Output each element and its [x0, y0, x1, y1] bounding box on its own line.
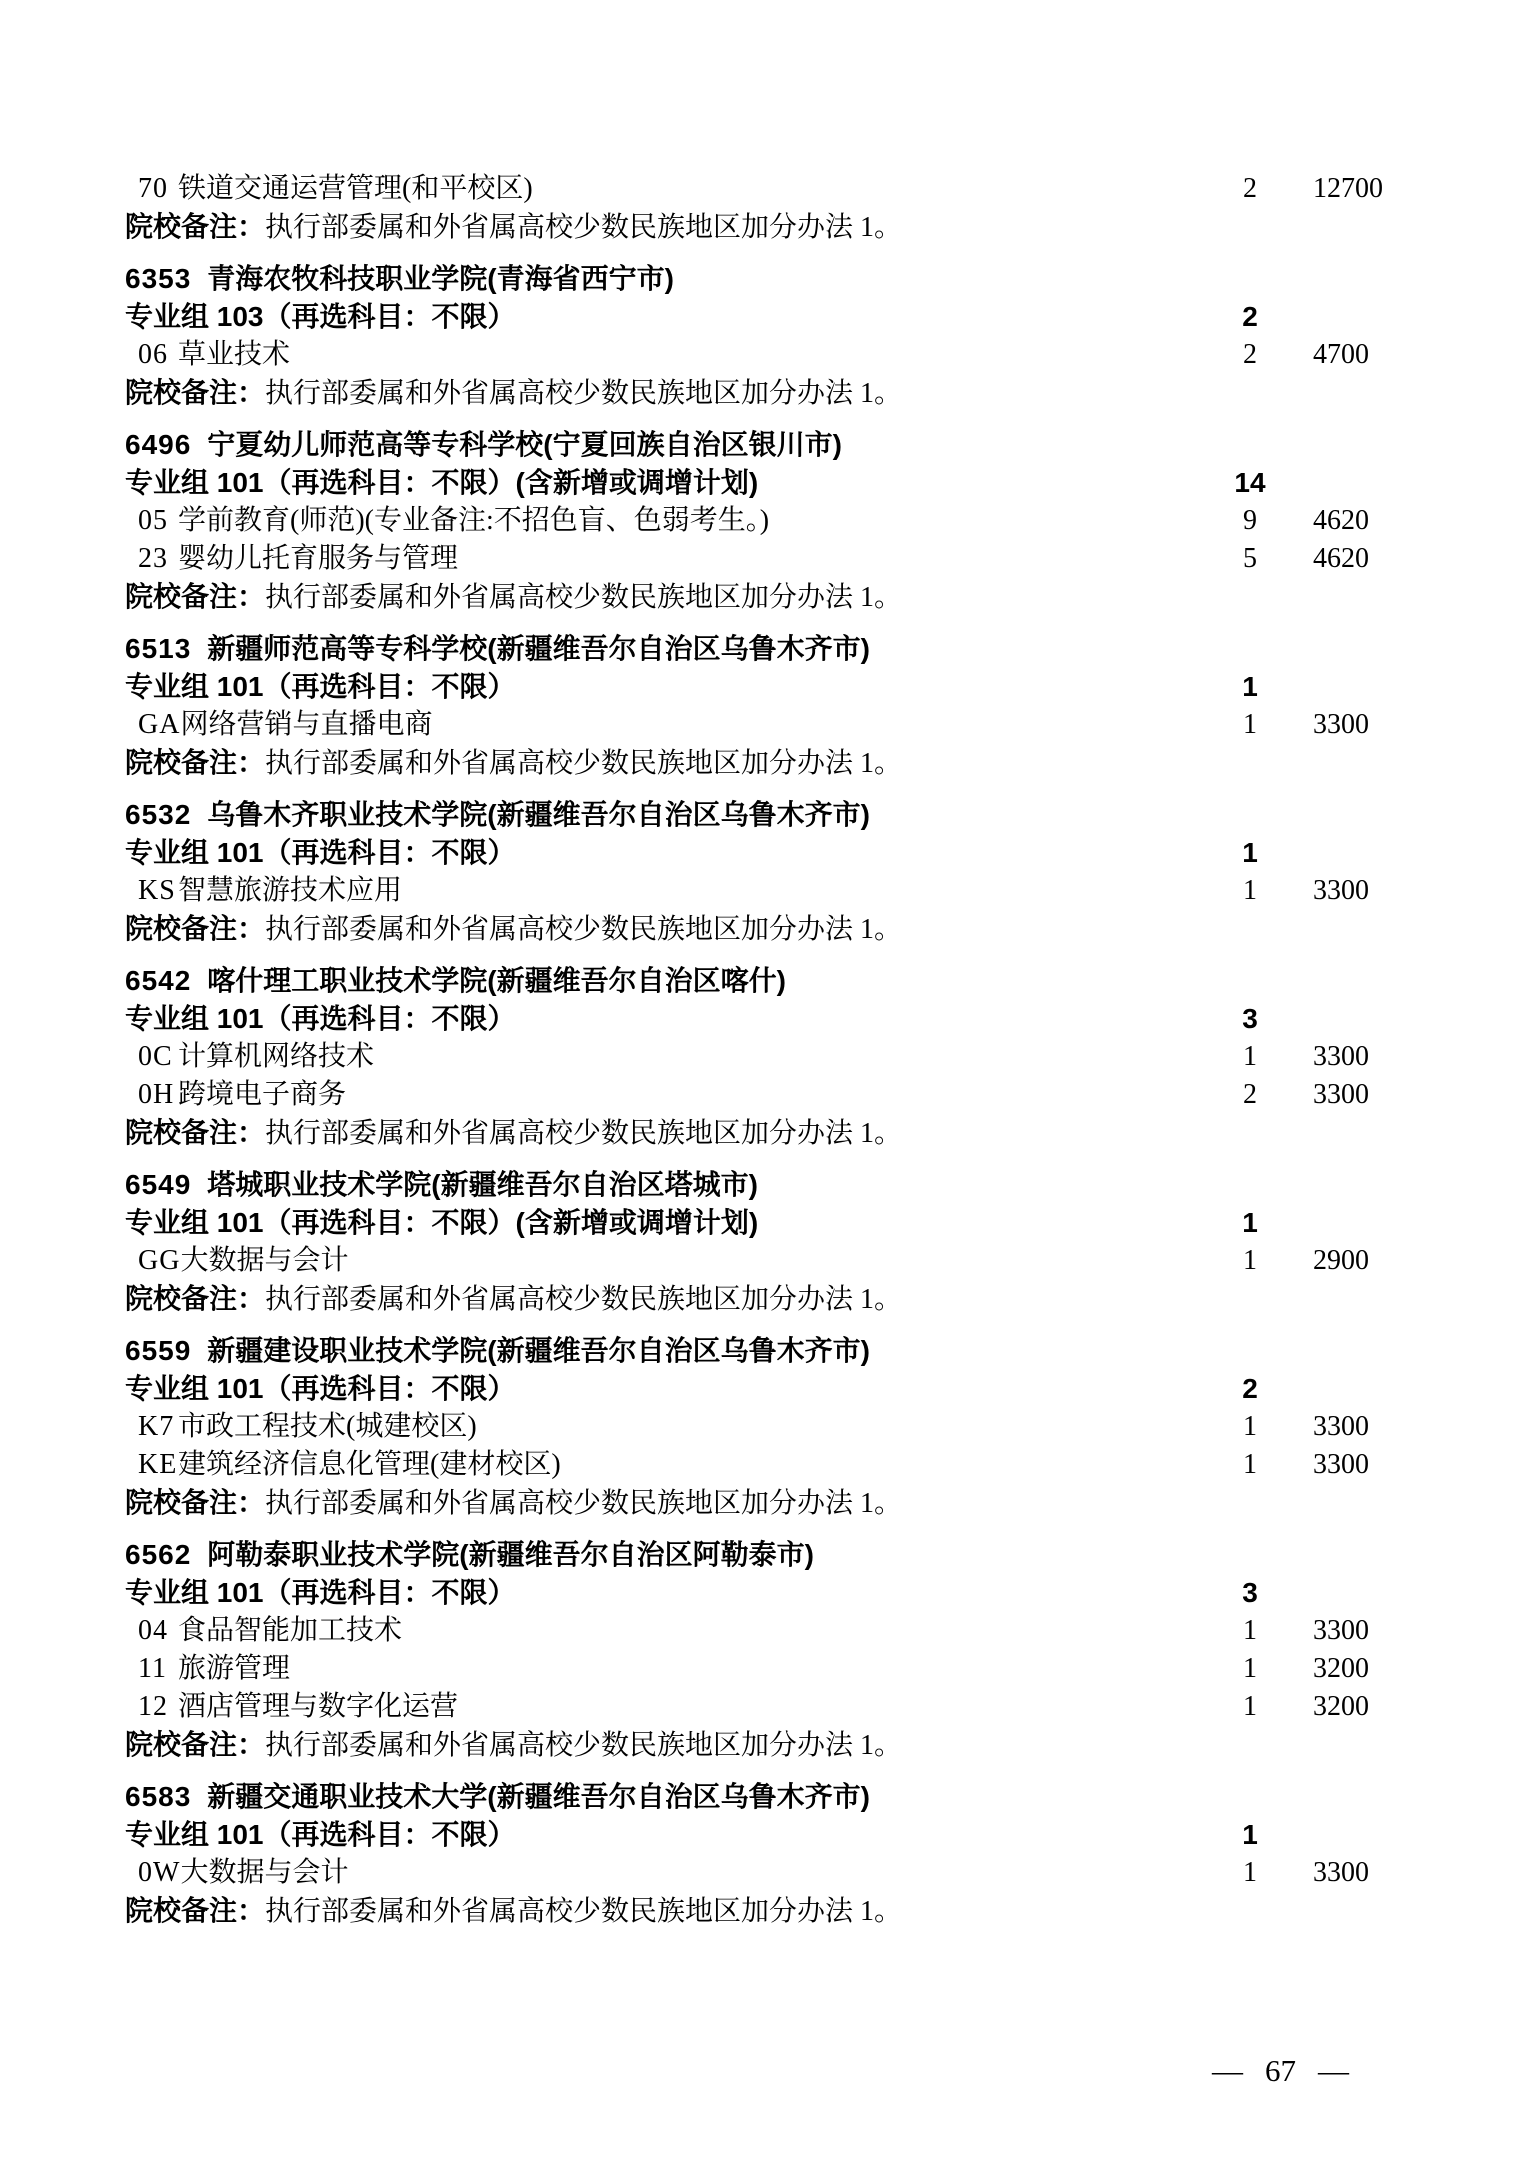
course-count: 2 [1205, 336, 1295, 374]
course-name: 草业技术 [178, 339, 290, 370]
course-fee: 4620 [1313, 502, 1369, 540]
remark-row: 院校备注：执行部委属和外省属高校少数民族地区加分办法 1。 [0, 208, 1517, 246]
course-name: 市政工程技术(城建校区) [178, 1411, 477, 1442]
remark-text: 执行部委属和外省属高校少数民族地区加分办法 1。 [265, 748, 902, 779]
group-label: 专业组 101（再选科目：不限） [125, 1003, 516, 1034]
course-list: 70铁道交通运营管理(和平校区)212700 [0, 170, 1517, 208]
school-code: 6353 [125, 263, 191, 294]
remark-text: 执行部委属和外省属高校少数民族地区加分办法 1。 [265, 914, 902, 945]
course-name: 学前教育(师范)(专业备注:不招色盲、色弱考生。) [178, 505, 769, 536]
footer-page-number: 67 [1265, 2053, 1296, 2089]
course-name: 网络营销与直播电商 [180, 709, 432, 740]
course-code: 05 [138, 502, 178, 540]
group-row: 专业组 101（再选科目：不限）(含新增或调增计划)1 [0, 1204, 1517, 1242]
remark-label: 院校备注： [125, 581, 265, 612]
school-code: 6549 [125, 1169, 191, 1200]
course-list: 04食品智能加工技术13300 11旅游管理13200 12酒店管理与数字化运营… [0, 1612, 1517, 1726]
course-row: 0H跨境电子商务23300 [0, 1076, 1517, 1114]
footer-dash-left: — [1212, 2053, 1243, 2089]
school-section: 6542喀什理工职业技术学院(新疆维吾尔自治区喀什) 专业组 101（再选科目：… [0, 962, 1517, 1152]
remark-label: 院校备注： [125, 747, 265, 778]
course-list: KS智慧旅游技术应用13300 [0, 872, 1517, 910]
group-row: 专业组 101（再选科目：不限）2 [0, 1370, 1517, 1408]
course-fee: 3300 [1313, 1076, 1369, 1114]
group-label: 专业组 101（再选科目：不限）(含新增或调增计划) [125, 467, 758, 498]
course-fee: 3200 [1313, 1650, 1369, 1688]
course-code: KS [138, 872, 178, 910]
course-row: 12酒店管理与数字化运营13200 [0, 1688, 1517, 1726]
remark-text: 执行部委属和外省属高校少数民族地区加分办法 1。 [265, 1284, 902, 1315]
course-count: 5 [1205, 540, 1295, 578]
course-fee: 3300 [1313, 1408, 1369, 1446]
course-row: GG大数据与会计12900 [0, 1242, 1517, 1280]
school-name: 青海农牧科技职业学院(青海省西宁市) [207, 263, 674, 294]
course-fee: 12700 [1313, 170, 1383, 208]
school-code: 6542 [125, 965, 191, 996]
course-code: 04 [138, 1612, 178, 1650]
page-footer: — 67 — [1212, 2053, 1349, 2089]
course-name: 跨境电子商务 [178, 1079, 346, 1110]
school-name: 阿勒泰职业技术学院(新疆维吾尔自治区阿勒泰市) [207, 1539, 814, 1570]
course-fee: 3300 [1313, 1038, 1369, 1076]
group-row: 专业组 101（再选科目：不限）1 [0, 834, 1517, 872]
remark-row: 院校备注：执行部委属和外省属高校少数民族地区加分办法 1。 [0, 1280, 1517, 1318]
remark-row: 院校备注：执行部委属和外省属高校少数民族地区加分办法 1。 [0, 1726, 1517, 1764]
course-row: 0W大数据与会计13300 [0, 1854, 1517, 1892]
course-count: 1 [1205, 1408, 1295, 1446]
course-name: 旅游管理 [178, 1653, 290, 1684]
course-name: 大数据与会计 [180, 1245, 348, 1276]
course-code: 0W [138, 1854, 180, 1892]
course-code: 70 [138, 170, 178, 208]
course-count: 2 [1205, 1076, 1295, 1114]
group-count: 3 [1205, 1574, 1295, 1612]
course-count: 1 [1205, 1854, 1295, 1892]
group-count: 14 [1205, 464, 1295, 502]
school-name: 乌鲁木齐职业技术学院(新疆维吾尔自治区乌鲁木齐市) [207, 799, 870, 830]
group-label: 专业组 103（再选科目：不限） [125, 301, 516, 332]
remark-label: 院校备注： [125, 1117, 265, 1148]
course-fee: 4700 [1313, 336, 1369, 374]
school-code: 6559 [125, 1335, 191, 1366]
group-label: 专业组 101（再选科目：不限） [125, 1577, 516, 1608]
remark-label: 院校备注： [125, 1487, 265, 1518]
school-section: 70铁道交通运营管理(和平校区)212700 院校备注：执行部委属和外省属高校少… [0, 170, 1517, 246]
remark-text: 执行部委属和外省属高校少数民族地区加分办法 1。 [265, 212, 902, 243]
school-header: 6562阿勒泰职业技术学院(新疆维吾尔自治区阿勒泰市) [0, 1536, 1517, 1574]
remark-row: 院校备注：执行部委属和外省属高校少数民族地区加分办法 1。 [0, 1484, 1517, 1522]
document-body: 70铁道交通运营管理(和平校区)212700 院校备注：执行部委属和外省属高校少… [0, 170, 1517, 1930]
school-name: 喀什理工职业技术学院(新疆维吾尔自治区喀什) [207, 965, 786, 996]
course-code: 12 [138, 1688, 178, 1726]
course-code: GA [138, 706, 180, 744]
course-name: 食品智能加工技术 [178, 1615, 402, 1646]
group-label: 专业组 101（再选科目：不限） [125, 671, 516, 702]
remark-row: 院校备注：执行部委属和外省属高校少数民族地区加分办法 1。 [0, 374, 1517, 412]
school-code: 6513 [125, 633, 191, 664]
remark-label: 院校备注： [125, 211, 265, 242]
school-header: 6559新疆建设职业技术学院(新疆维吾尔自治区乌鲁木齐市) [0, 1332, 1517, 1370]
remark-row: 院校备注：执行部委属和外省属高校少数民族地区加分办法 1。 [0, 578, 1517, 616]
school-name: 宁夏幼儿师范高等专科学校(宁夏回族自治区银川市) [207, 429, 842, 460]
course-count: 1 [1205, 706, 1295, 744]
group-row: 专业组 101（再选科目：不限）3 [0, 1000, 1517, 1038]
school-section: 6583新疆交通职业技术大学(新疆维吾尔自治区乌鲁木齐市) 专业组 101（再选… [0, 1778, 1517, 1930]
course-fee: 3300 [1313, 1854, 1369, 1892]
school-name: 新疆建设职业技术学院(新疆维吾尔自治区乌鲁木齐市) [207, 1335, 870, 1366]
footer-dash-right: — [1318, 2053, 1349, 2089]
course-count: 1 [1205, 1242, 1295, 1280]
group-label: 专业组 101（再选科目：不限） [125, 1819, 516, 1850]
group-row: 专业组 103（再选科目：不限）2 [0, 298, 1517, 336]
course-count: 9 [1205, 502, 1295, 540]
course-code: KE [138, 1446, 178, 1484]
school-code: 6532 [125, 799, 191, 830]
remark-row: 院校备注：执行部委属和外省属高校少数民族地区加分办法 1。 [0, 910, 1517, 948]
group-row: 专业组 101（再选科目：不限）1 [0, 668, 1517, 706]
course-list: 0W大数据与会计13300 [0, 1854, 1517, 1892]
course-name: 大数据与会计 [180, 1857, 348, 1888]
school-header: 6353青海农牧科技职业学院(青海省西宁市) [0, 260, 1517, 298]
course-list: GA网络营销与直播电商13300 [0, 706, 1517, 744]
course-name: 计算机网络技术 [178, 1041, 374, 1072]
page: 70铁道交通运营管理(和平校区)212700 院校备注：执行部委属和外省属高校少… [0, 0, 1517, 2172]
course-code: 11 [138, 1650, 178, 1688]
course-count: 1 [1205, 1688, 1295, 1726]
school-header: 6513新疆师范高等专科学校(新疆维吾尔自治区乌鲁木齐市) [0, 630, 1517, 668]
course-count: 1 [1205, 1612, 1295, 1650]
school-code: 6562 [125, 1539, 191, 1570]
group-row: 专业组 101（再选科目：不限）(含新增或调增计划)14 [0, 464, 1517, 502]
course-count: 1 [1205, 1038, 1295, 1076]
school-name: 新疆交通职业技术大学(新疆维吾尔自治区乌鲁木齐市) [207, 1781, 870, 1812]
school-section: 6532乌鲁木齐职业技术学院(新疆维吾尔自治区乌鲁木齐市) 专业组 101（再选… [0, 796, 1517, 948]
school-section: 6559新疆建设职业技术学院(新疆维吾尔自治区乌鲁木齐市) 专业组 101（再选… [0, 1332, 1517, 1522]
course-code: 0C [138, 1038, 178, 1076]
course-fee: 4620 [1313, 540, 1369, 578]
group-count: 1 [1205, 668, 1295, 706]
course-count: 1 [1205, 1650, 1295, 1688]
remark-label: 院校备注： [125, 377, 265, 408]
school-header: 6532乌鲁木齐职业技术学院(新疆维吾尔自治区乌鲁木齐市) [0, 796, 1517, 834]
group-label: 专业组 101（再选科目：不限） [125, 1373, 516, 1404]
course-list: K7市政工程技术(城建校区)13300 KE建筑经济信息化管理(建材校区)133… [0, 1408, 1517, 1484]
school-name: 塔城职业技术学院(新疆维吾尔自治区塔城市) [207, 1169, 758, 1200]
course-fee: 3300 [1313, 872, 1369, 910]
school-section: 6513新疆师范高等专科学校(新疆维吾尔自治区乌鲁木齐市) 专业组 101（再选… [0, 630, 1517, 782]
course-name: 智慧旅游技术应用 [178, 875, 402, 906]
remark-text: 执行部委属和外省属高校少数民族地区加分办法 1。 [265, 1118, 902, 1149]
group-count: 2 [1205, 298, 1295, 336]
course-list: 06草业技术24700 [0, 336, 1517, 374]
remark-row: 院校备注：执行部委属和外省属高校少数民族地区加分办法 1。 [0, 1892, 1517, 1930]
school-code: 6583 [125, 1781, 191, 1812]
course-fee: 3200 [1313, 1688, 1369, 1726]
school-code: 6496 [125, 429, 191, 460]
course-row: K7市政工程技术(城建校区)13300 [0, 1408, 1517, 1446]
course-list: GG大数据与会计12900 [0, 1242, 1517, 1280]
course-code: K7 [138, 1408, 178, 1446]
school-header: 6542喀什理工职业技术学院(新疆维吾尔自治区喀什) [0, 962, 1517, 1000]
school-name: 新疆师范高等专科学校(新疆维吾尔自治区乌鲁木齐市) [207, 633, 870, 664]
course-count: 1 [1205, 1446, 1295, 1484]
remark-text: 执行部委属和外省属高校少数民族地区加分办法 1。 [265, 582, 902, 613]
course-name: 建筑经济信息化管理(建材校区) [178, 1449, 561, 1480]
course-row: GA网络营销与直播电商13300 [0, 706, 1517, 744]
course-row: 70铁道交通运营管理(和平校区)212700 [0, 170, 1517, 208]
group-row: 专业组 101（再选科目：不限）1 [0, 1816, 1517, 1854]
group-count: 1 [1205, 1204, 1295, 1242]
school-section: 6353青海农牧科技职业学院(青海省西宁市) 专业组 103（再选科目：不限）2… [0, 260, 1517, 412]
course-name: 婴幼儿托育服务与管理 [178, 543, 458, 574]
group-count: 1 [1205, 1816, 1295, 1854]
course-count: 1 [1205, 872, 1295, 910]
course-row: KE建筑经济信息化管理(建材校区)13300 [0, 1446, 1517, 1484]
remark-text: 执行部委属和外省属高校少数民族地区加分办法 1。 [265, 1896, 902, 1927]
course-code: 0H [138, 1076, 178, 1114]
remark-label: 院校备注： [125, 1729, 265, 1760]
course-code: 23 [138, 540, 178, 578]
course-fee: 3300 [1313, 1446, 1369, 1484]
remark-label: 院校备注： [125, 913, 265, 944]
remark-label: 院校备注： [125, 1895, 265, 1926]
remark-text: 执行部委属和外省属高校少数民族地区加分办法 1。 [265, 378, 902, 409]
school-header: 6496宁夏幼儿师范高等专科学校(宁夏回族自治区银川市) [0, 426, 1517, 464]
course-name: 酒店管理与数字化运营 [178, 1691, 458, 1722]
course-row: 23婴幼儿托育服务与管理54620 [0, 540, 1517, 578]
remark-label: 院校备注： [125, 1283, 265, 1314]
course-row: 11旅游管理13200 [0, 1650, 1517, 1688]
school-header: 6583新疆交通职业技术大学(新疆维吾尔自治区乌鲁木齐市) [0, 1778, 1517, 1816]
school-section: 6562阿勒泰职业技术学院(新疆维吾尔自治区阿勒泰市) 专业组 101（再选科目… [0, 1536, 1517, 1764]
course-fee: 3300 [1313, 706, 1369, 744]
course-row: KS智慧旅游技术应用13300 [0, 872, 1517, 910]
group-count: 2 [1205, 1370, 1295, 1408]
course-name: 铁道交通运营管理(和平校区) [178, 173, 533, 204]
course-count: 2 [1205, 170, 1295, 208]
remark-text: 执行部委属和外省属高校少数民族地区加分办法 1。 [265, 1730, 902, 1761]
school-section: 6549塔城职业技术学院(新疆维吾尔自治区塔城市) 专业组 101（再选科目：不… [0, 1166, 1517, 1318]
course-fee: 3300 [1313, 1612, 1369, 1650]
course-list: 0C计算机网络技术13300 0H跨境电子商务23300 [0, 1038, 1517, 1114]
course-row: 0C计算机网络技术13300 [0, 1038, 1517, 1076]
course-fee: 2900 [1313, 1242, 1369, 1280]
school-header: 6549塔城职业技术学院(新疆维吾尔自治区塔城市) [0, 1166, 1517, 1204]
remark-text: 执行部委属和外省属高校少数民族地区加分办法 1。 [265, 1488, 902, 1519]
group-label: 专业组 101（再选科目：不限） [125, 837, 516, 868]
course-row: 05学前教育(师范)(专业备注:不招色盲、色弱考生。)94620 [0, 502, 1517, 540]
school-section: 6496宁夏幼儿师范高等专科学校(宁夏回族自治区银川市) 专业组 101（再选科… [0, 426, 1517, 616]
group-label: 专业组 101（再选科目：不限）(含新增或调增计划) [125, 1207, 758, 1238]
group-count: 1 [1205, 834, 1295, 872]
remark-row: 院校备注：执行部委属和外省属高校少数民族地区加分办法 1。 [0, 744, 1517, 782]
course-row: 04食品智能加工技术13300 [0, 1612, 1517, 1650]
course-code: 06 [138, 336, 178, 374]
course-list: 05学前教育(师范)(专业备注:不招色盲、色弱考生。)94620 23婴幼儿托育… [0, 502, 1517, 578]
remark-row: 院校备注：执行部委属和外省属高校少数民族地区加分办法 1。 [0, 1114, 1517, 1152]
course-code: GG [138, 1242, 180, 1280]
course-row: 06草业技术24700 [0, 336, 1517, 374]
group-count: 3 [1205, 1000, 1295, 1038]
group-row: 专业组 101（再选科目：不限）3 [0, 1574, 1517, 1612]
